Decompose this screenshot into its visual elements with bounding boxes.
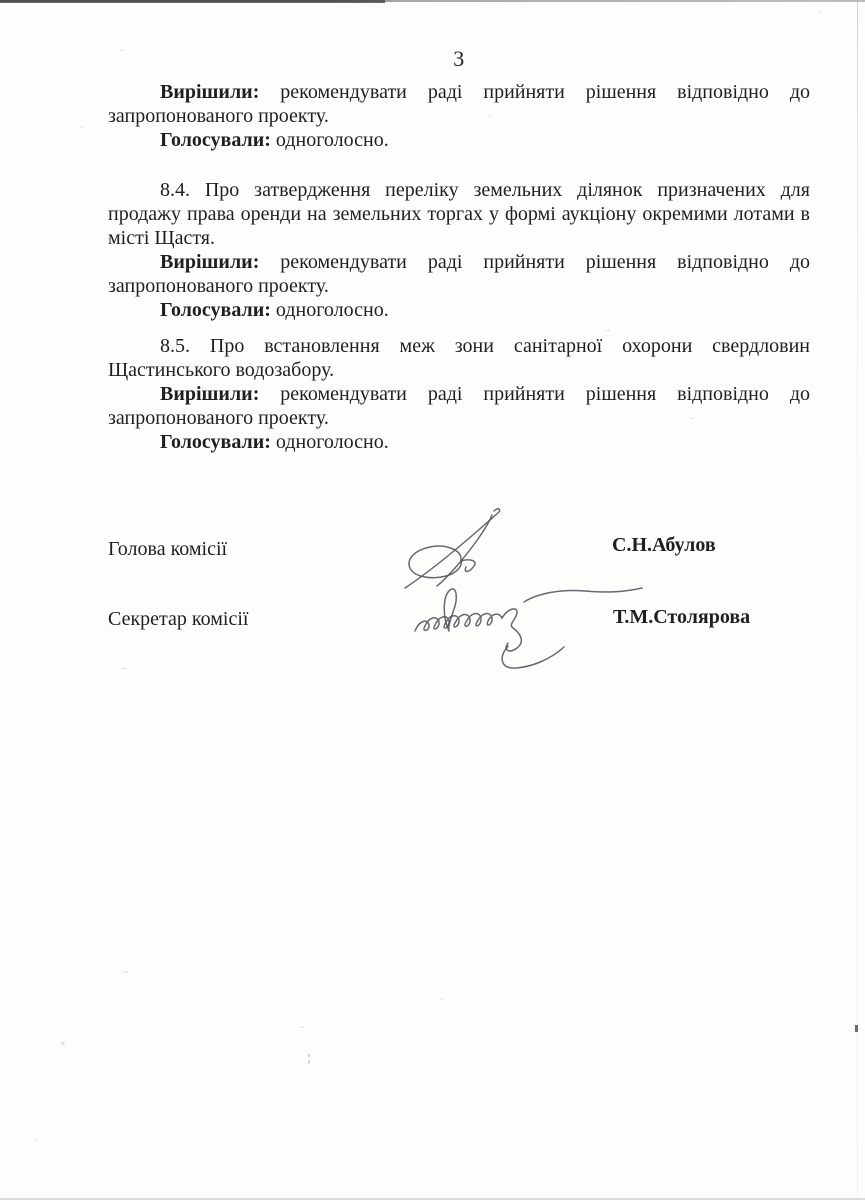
vote-paragraph-3: Голосували: одноголосно. [108,430,810,454]
vote-text: одноголосно. [276,129,389,151]
agenda-item-8-4: 8.4. Про затвердження переліку земельних… [108,178,810,250]
signature-role-chairman: Голова комісії [108,538,227,561]
scan-speck: · [818,8,821,18]
secretary-autograph-signature [415,588,642,668]
resolution-label: Вирішили: [160,81,259,103]
scan-speck: · [80,124,83,134]
scan-speck: ¦ [308,1054,310,1064]
scan-speck: .. [124,966,129,976]
vote-label: Голосували: [160,129,271,151]
chairman-autograph-signature [405,509,500,588]
scan-speck: .. [122,662,127,672]
signature-role-secretary: Секретар комісії [108,608,248,631]
vote-text: одноголосно. [276,299,389,321]
vote-label: Голосували: [160,431,271,453]
scanned-document-page: .. · · .. .. · .. .. .. × · · ¦ 3 Виріши… [0,0,865,1200]
scan-speck [855,1025,858,1032]
scan-edge-top-dark [0,0,385,3]
scan-speck: · [34,1136,37,1146]
vote-paragraph-1: Голосували: одноголосно. [108,128,810,152]
page-number: 3 [108,46,810,72]
handwritten-signatures [378,492,662,696]
scan-speck: · [440,996,443,1006]
resolution-label: Вирішили: [160,251,259,273]
vote-label: Голосували: [160,299,271,321]
agenda-item-8-5: 8.5. Про встановлення меж зони санітарно… [108,334,810,382]
vote-text: одноголосно. [276,431,389,453]
resolution-paragraph-2: Вирішили: рекомендувати раді прийняти рі… [108,250,810,298]
scan-speck: .. [300,1021,305,1031]
document-body: Вирішили: рекомендувати раді прийняти рі… [108,80,810,454]
scan-speck: × [60,1040,66,1050]
scan-edge-right [857,0,858,1200]
resolution-label: Вирішили: [160,383,259,405]
vote-paragraph-2: Голосували: одноголосно. [108,298,810,322]
resolution-paragraph-3: Вирішили: рекомендувати раді прийняти рі… [108,382,810,430]
resolution-paragraph-1: Вирішили: рекомендувати раді прийняти рі… [108,80,810,128]
